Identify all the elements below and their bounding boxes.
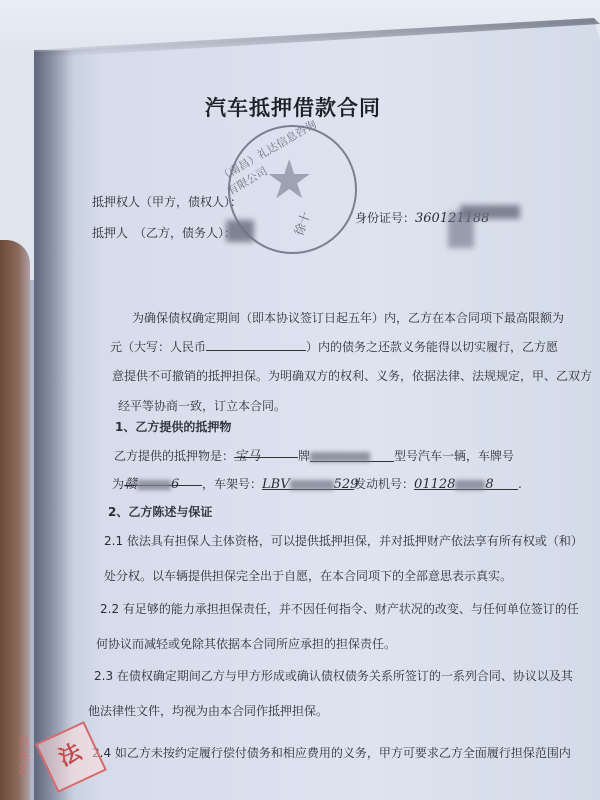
model-field[interactable] xyxy=(310,449,394,462)
clause-2-1-line-1: 2.1 依法具有担保人主体资格，可以提供抵押担保，并对抵押财产依法享有所有权或（… xyxy=(104,532,583,549)
id-label: 身份证号： xyxy=(355,211,415,225)
plate-value-start: 赣 xyxy=(124,477,137,492)
section2-heading: 2、乙方陈述与保证 xyxy=(108,503,212,520)
clause-2-2-line-2: 何协议而减轻或免除其依据本合同所应承担的担保责任。 xyxy=(96,635,396,652)
intro-line-3: 意提供不可撤销的抵押担保。为明确双方的权利、义务，依据法律、法规规定，甲、乙双方 xyxy=(112,367,592,384)
brand-suffix: 牌 xyxy=(298,449,310,463)
engine-value-end: 8 xyxy=(485,477,493,492)
mortgagee-label: 抵押权人（甲方，债权人）： xyxy=(92,193,242,210)
section1-heading: 1、乙方提供的抵押物 xyxy=(115,418,231,435)
star-icon: ★ xyxy=(265,153,313,207)
redacted-name xyxy=(226,220,254,242)
brand-value: 宝马 xyxy=(234,449,260,464)
redacted-engine xyxy=(455,480,485,490)
collateral-label: 乙方提供的抵押物是： xyxy=(114,449,234,463)
brand-field[interactable]: 宝马 xyxy=(234,445,298,458)
clause-2-3-line-2: 他法律性文件，均视为由本合同作抵押担保。 xyxy=(88,702,328,719)
mortgagor-label: 抵押人 （乙方，债务人）： xyxy=(92,224,236,241)
intro-line-4: 经平等协商一致，订立本合同。 xyxy=(118,397,286,414)
frame-value-start: LBV xyxy=(262,477,290,492)
clause-2-4-line-1: 2.4 如乙方未按约定履行偿付债务和相应费用的义务，甲方可要求乙方全面履行担保范… xyxy=(92,744,571,761)
frame-field[interactable]: LBV529 xyxy=(262,477,354,490)
clause-2-1-line-2: 处分权。以车辆提供担保完全出于自愿，在本合同项下的全部意思表示真实。 xyxy=(104,567,512,584)
redacted-frame xyxy=(290,480,334,490)
plate-value-end: 6 xyxy=(171,477,179,492)
watermark-side-text: 自在X xyxy=(18,735,32,777)
document-title: 汽车抵押借款合同 xyxy=(205,92,381,122)
amount-blank[interactable] xyxy=(206,338,306,351)
clause-2-2-line-1: 2.2 有足够的能力承担担保责任，并不因任何指令、财产状况的改变、与任何单位签订… xyxy=(100,600,579,617)
intro-line-2-cont: ）内的债务之还款义务能得以切实履行，乙方愿 xyxy=(306,340,558,354)
redacted-model xyxy=(310,452,370,462)
contract-document: 汽车抵押借款合同 （南昌）礼达信息咨询有限公司 ★ 徐十 抵押权人（甲方，债权人… xyxy=(0,0,600,800)
intro-line-1: 为确保债权确定期间（即本协议签订日起五年）内，乙方在本合同项下最高限额为 xyxy=(132,309,564,326)
redacted-smudge xyxy=(448,212,474,248)
plate-label: 为 xyxy=(112,477,124,491)
seal-bottom-text: 徐十 xyxy=(290,209,314,237)
engine-label: 发动机号： xyxy=(354,477,414,491)
collateral-line-2: 为赣6，车架号：LBV529发动机号：011288. xyxy=(112,473,522,492)
collateral-line-1: 乙方提供的抵押物是：宝马牌型号汽车一辆，车牌号 xyxy=(114,445,514,464)
engine-field[interactable]: 011288 xyxy=(414,477,518,490)
amount-label: 元（大写：人民币 xyxy=(110,340,206,354)
plate-field[interactable]: 赣6 xyxy=(124,473,202,486)
model-suffix: 型号汽车一辆，车牌号 xyxy=(394,449,514,463)
redacted-plate xyxy=(137,480,171,490)
frame-label: ，车架号： xyxy=(202,477,262,491)
engine-value-start: 01128 xyxy=(414,477,455,492)
end-mark: . xyxy=(518,477,522,491)
clause-2-3-line-1: 2.3 在债权确定期间乙方与甲方形成或确认债权债务关系所签订的一系列合同、协议以… xyxy=(94,667,573,684)
intro-line-2: 元（大写：人民币）内的债务之还款义务能得以切实履行，乙方愿 xyxy=(110,338,558,355)
